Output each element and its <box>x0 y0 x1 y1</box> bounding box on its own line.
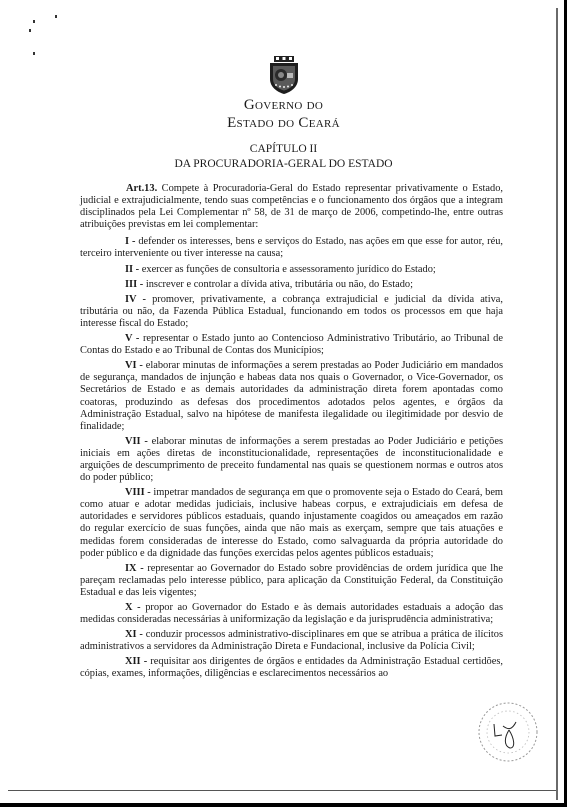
item-number: VII - <box>125 436 148 447</box>
item-text: representar o Estado junto ao Contencios… <box>80 333 503 356</box>
item-number: I - <box>125 236 135 247</box>
item-text: conduzir processos administrativo-discip… <box>80 629 503 652</box>
item-text: propor ao Governador do Estado e às dema… <box>80 602 503 625</box>
item-number: II - <box>125 264 139 275</box>
chapter-title: CAPÍTULO II <box>0 142 567 157</box>
item-number: V - <box>125 333 139 344</box>
item-vii: VII - elaborar minutas de informações a … <box>80 436 503 484</box>
item-text: defender os interesses, bens e serviços … <box>80 236 503 259</box>
state-coat-of-arms-icon <box>267 55 301 95</box>
item-number: III - <box>125 279 143 290</box>
item-number: XI - <box>125 629 143 640</box>
letterhead-line-2: Estado do Ceará <box>0 116 567 131</box>
document-page: Governo do Estado do Ceará CAPÍTULO II D… <box>0 0 567 807</box>
item-v: V - representar o Estado junto ao Conten… <box>80 333 503 357</box>
item-i: I - defender os interesses, bens e servi… <box>80 236 503 260</box>
item-iii: III - inscrever e controlar a dívida ati… <box>80 279 503 291</box>
item-iv: IV - promover, privativamente, a cobranç… <box>80 294 503 330</box>
scan-edge-line <box>8 790 556 791</box>
item-xi: XI - conduzir processos administrativo-d… <box>80 629 503 653</box>
item-number: IV - <box>125 294 146 305</box>
official-seal-stamp-icon <box>476 700 540 764</box>
scan-speck <box>55 15 57 18</box>
item-x: X - propor ao Governador do Estado e às … <box>80 602 503 626</box>
item-ii: II - exercer as funções de consultoria e… <box>80 264 503 276</box>
item-ix: IX - representar ao Governador do Estado… <box>80 563 503 599</box>
item-text: representar ao Governador do Estado sobr… <box>80 563 503 598</box>
item-number: VI - <box>125 360 143 371</box>
letterhead: Governo do Estado do Ceará <box>0 55 567 131</box>
scan-border <box>0 803 567 807</box>
article-body: Art.13. Compete à Procuradoria-Geral do … <box>80 183 503 684</box>
item-text: elaborar minutas de informações a serem … <box>80 360 503 431</box>
item-number: XII - <box>125 656 147 667</box>
chapter-subtitle: DA PROCURADORIA-GERAL DO ESTADO <box>0 157 567 172</box>
item-viii: VIII - impetrar mandados de segurança em… <box>80 487 503 560</box>
item-number: IX - <box>125 563 144 574</box>
article-13: Art.13. Compete à Procuradoria-Geral do … <box>80 183 503 231</box>
item-text: inscrever e controlar a dívida ativa, tr… <box>146 279 413 290</box>
scan-speck <box>29 29 31 32</box>
item-number: X - <box>125 602 141 613</box>
letterhead-line-1: Governo do <box>0 98 567 113</box>
item-xii: XII - requisitar aos dirigentes de órgão… <box>80 656 503 680</box>
article-label: Art.13. <box>126 183 157 194</box>
scan-speck <box>33 20 35 23</box>
chapter-heading: CAPÍTULO II DA PROCURADORIA-GERAL DO EST… <box>0 142 567 172</box>
scan-edge-line <box>556 8 558 800</box>
item-number: VIII - <box>125 487 151 498</box>
item-vi: VI - elaborar minutas de informações a s… <box>80 360 503 433</box>
item-text: exercer as funções de consultoria e asse… <box>142 264 436 275</box>
